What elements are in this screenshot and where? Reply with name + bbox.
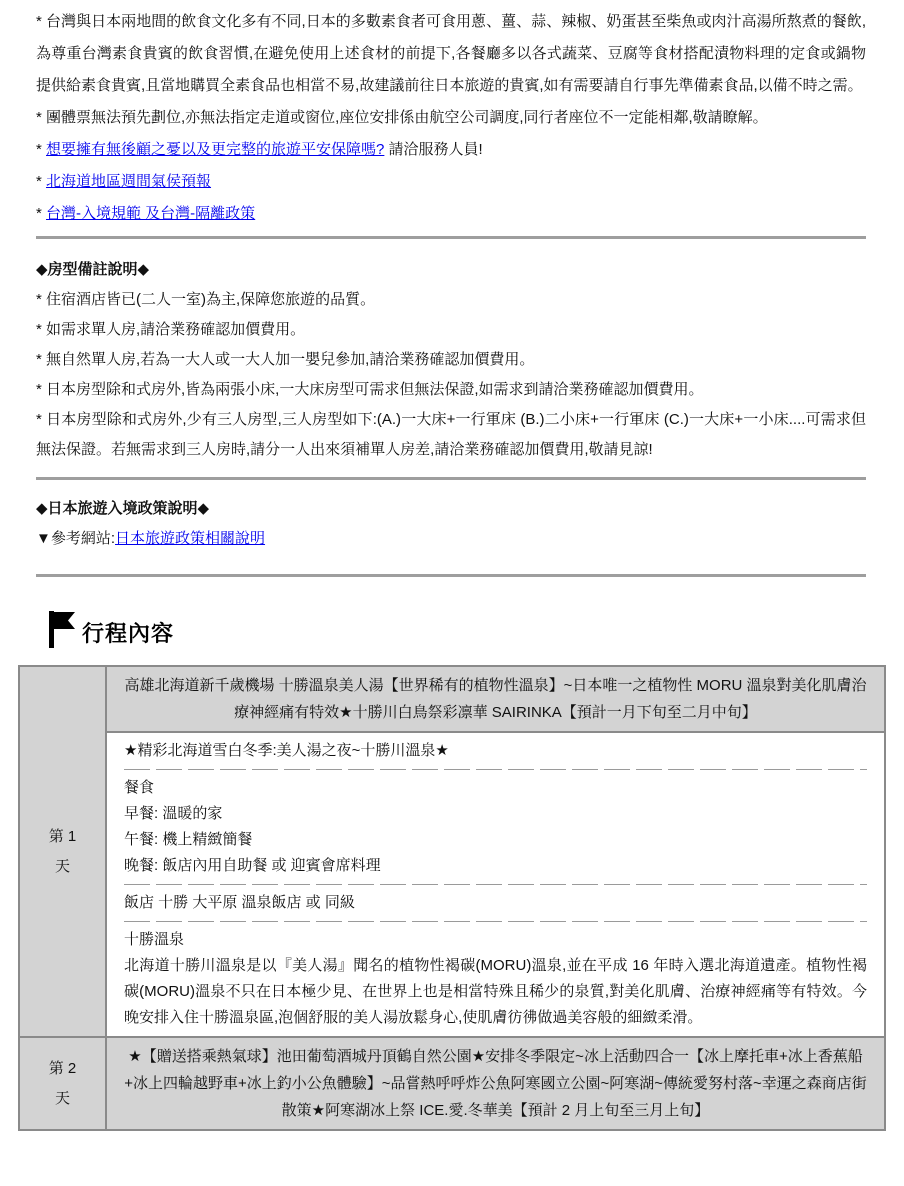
- taiwan-entry-quarantine-link[interactable]: 台灣-入境規範 及台灣-隔離政策: [46, 205, 255, 222]
- day2-label: 第 2 天: [42, 1054, 84, 1114]
- day1-title-cell: 高雄北海道新千歲機場 十勝溫泉美人湯【世界稀有的植物性溫泉】~日本唯一之植物性 …: [106, 666, 885, 732]
- reference-prefix: ▼參考網站:: [36, 530, 115, 547]
- weather-link-line: * 北海道地區週間氣侯預報: [36, 166, 866, 198]
- dashed-separator: [124, 921, 867, 922]
- bullet-prefix: *: [36, 205, 46, 222]
- day1-label-cell: 第 1 天: [19, 666, 106, 1037]
- day1-label: 第 1 天: [42, 822, 84, 882]
- entry-policy-title: ◆日本旅遊入境政策說明◆: [36, 494, 866, 524]
- travel-notes-page: * 台灣與日本兩地間的飲食文化多有不同,日本的多數素食者可食用蔥、薑、蒜、辣椒、…: [0, 0, 904, 1131]
- room-note-item: * 如需求單人房,請洽業務確認加價費用。: [36, 315, 866, 345]
- insurance-link-suffix: 請洽服務人員!: [384, 141, 482, 158]
- hokkaido-weather-link[interactable]: 北海道地區週間氣侯預報: [46, 173, 211, 190]
- day2-title-cell: ★【贈送搭乘熱氣球】池田葡萄酒城丹頂鶴自然公園★安排冬季限定~冰上活動四合一【冰…: [106, 1037, 885, 1130]
- room-note-item: * 住宿酒店皆已(二人一室)為主,保障您旅遊的品質。: [36, 285, 866, 315]
- room-notes-title: ◆房型備註說明◆: [36, 255, 866, 285]
- highlight-text: 北海道十勝川溫泉是以『美人湯』聞名的植物性褐碳(MORU)溫泉,並在平成 16 …: [124, 953, 867, 1031]
- group-ticket-note: * 團體票無法預先劃位,亦無法指定走道或窗位,座位安排係由航空公司調度,同行者座…: [36, 102, 866, 134]
- day1-subtitle: ★精彩北海道雪白冬季:美人湯之夜~十勝川溫泉★: [124, 738, 867, 764]
- bullet-prefix: *: [36, 141, 46, 158]
- highlight-title: 十勝溫泉: [124, 927, 867, 953]
- day1-header-row: 第 1 天 高雄北海道新千歲機場 十勝溫泉美人湯【世界稀有的植物性溫泉】~日本唯…: [19, 666, 885, 732]
- room-note-item: * 無自然單人房,若為一大人或一大人加一嬰兒參加,請洽業務確認加價費用。: [36, 345, 866, 375]
- meals-label: 餐食: [124, 775, 867, 801]
- itinerary-heading: 行程內容: [46, 607, 866, 649]
- breakfast-line: 早餐: 溫暖的家: [124, 801, 867, 827]
- dashed-separator: [124, 884, 867, 885]
- bullet-prefix: *: [36, 173, 46, 190]
- japan-policy-link[interactable]: 日本旅遊政策相關說明: [115, 530, 265, 547]
- flag-icon: [46, 611, 76, 649]
- section-divider: [36, 236, 866, 239]
- section-divider: [36, 477, 866, 480]
- reference-site-line: ▼參考網站:日本旅遊政策相關說明: [36, 524, 866, 554]
- room-note-item: * 日本房型除和式房外,皆為兩張小床,一大床房型可需求但無法保證,如需求到請洽業…: [36, 375, 866, 405]
- day2-label-cell: 第 2 天: [19, 1037, 106, 1130]
- day2-header-row: 第 2 天 ★【贈送搭乘熱氣球】池田葡萄酒城丹頂鶴自然公園★安排冬季限定~冰上活…: [19, 1037, 885, 1130]
- day1-content-cell: ★精彩北海道雪白冬季:美人湯之夜~十勝川溫泉★ 餐食 早餐: 溫暖的家 午餐: …: [106, 732, 885, 1037]
- vegetarian-note: * 台灣與日本兩地間的飲食文化多有不同,日本的多數素食者可食用蔥、薑、蒜、辣椒、…: [36, 6, 866, 102]
- dashed-separator: [124, 769, 867, 770]
- room-note-item: * 日本房型除和式房外,少有三人房型,三人房型如下:(A.)一大床+一行軍床 (…: [36, 405, 866, 465]
- lunch-line: 午餐: 機上精緻簡餐: [124, 827, 867, 853]
- section-divider: [36, 574, 866, 577]
- itinerary-heading-text: 行程內容: [82, 619, 174, 649]
- dinner-line: 晚餐: 飯店內用自助餐 或 迎賓會席料理: [124, 853, 867, 879]
- day1-content-row: ★精彩北海道雪白冬季:美人湯之夜~十勝川溫泉★ 餐食 早餐: 溫暖的家 午餐: …: [19, 732, 885, 1037]
- hotel-line: 飯店 十勝 大平原 溫泉飯店 或 同級: [124, 890, 867, 916]
- travel-insurance-link[interactable]: 想要擁有無後顧之憂以及更完整的旅遊平安保障嗎?: [46, 141, 384, 158]
- itinerary-table: 第 1 天 高雄北海道新千歲機場 十勝溫泉美人湯【世界稀有的植物性溫泉】~日本唯…: [18, 665, 886, 1131]
- taiwan-policy-link-line: * 台灣-入境規範 及台灣-隔離政策: [36, 198, 866, 230]
- insurance-link-line: * 想要擁有無後顧之憂以及更完整的旅遊平安保障嗎? 請洽服務人員!: [36, 134, 866, 166]
